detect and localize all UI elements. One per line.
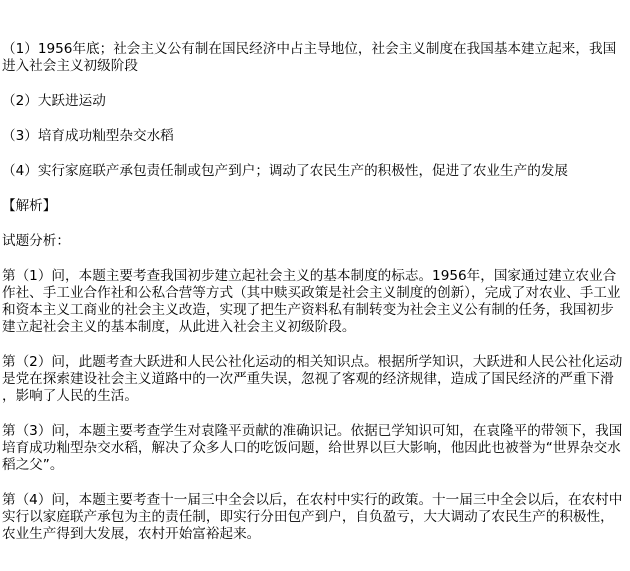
answer-line-4: （4）实行家庭联产承包责任制或包产到户；调动了农民生产的积极性，促进了农业生产的… bbox=[2, 163, 626, 180]
analysis-paragraph-1: 第（1）问，本题主要考查我国初步建立起社会主义的基本制度的标志。1956年，国家… bbox=[2, 268, 626, 336]
exam-answer-document: （1）1956年底；社会主义公有制在国民经济中占主导地位，社会主义制度在我国基本… bbox=[0, 0, 630, 543]
analysis-paragraph-3: 第（3）问，本题主要考查学生对袁隆平贡献的准确识记。依据已学知识可知，在袁隆平的… bbox=[2, 423, 626, 474]
answer-line-1: （1）1956年底；社会主义公有制在国民经济中占主导地位，社会主义制度在我国基本… bbox=[2, 41, 626, 75]
analysis-header: 【解析】 bbox=[2, 198, 626, 215]
analysis-label: 试题分析： bbox=[2, 233, 626, 250]
answer-line-2: （2）大跃进运动 bbox=[2, 93, 626, 110]
answer-line-3: （3）培育成功籼型杂交水稻 bbox=[2, 128, 626, 145]
analysis-paragraph-4: 第（4）问，本题主要考查十一届三中全会以后，在农村中实行的政策。十一届三中全会以… bbox=[2, 492, 626, 543]
analysis-paragraph-2: 第（2）问，此题考查大跃进和人民公社化运动的相关知识点。根据所学知识，大跃进和人… bbox=[2, 354, 626, 405]
